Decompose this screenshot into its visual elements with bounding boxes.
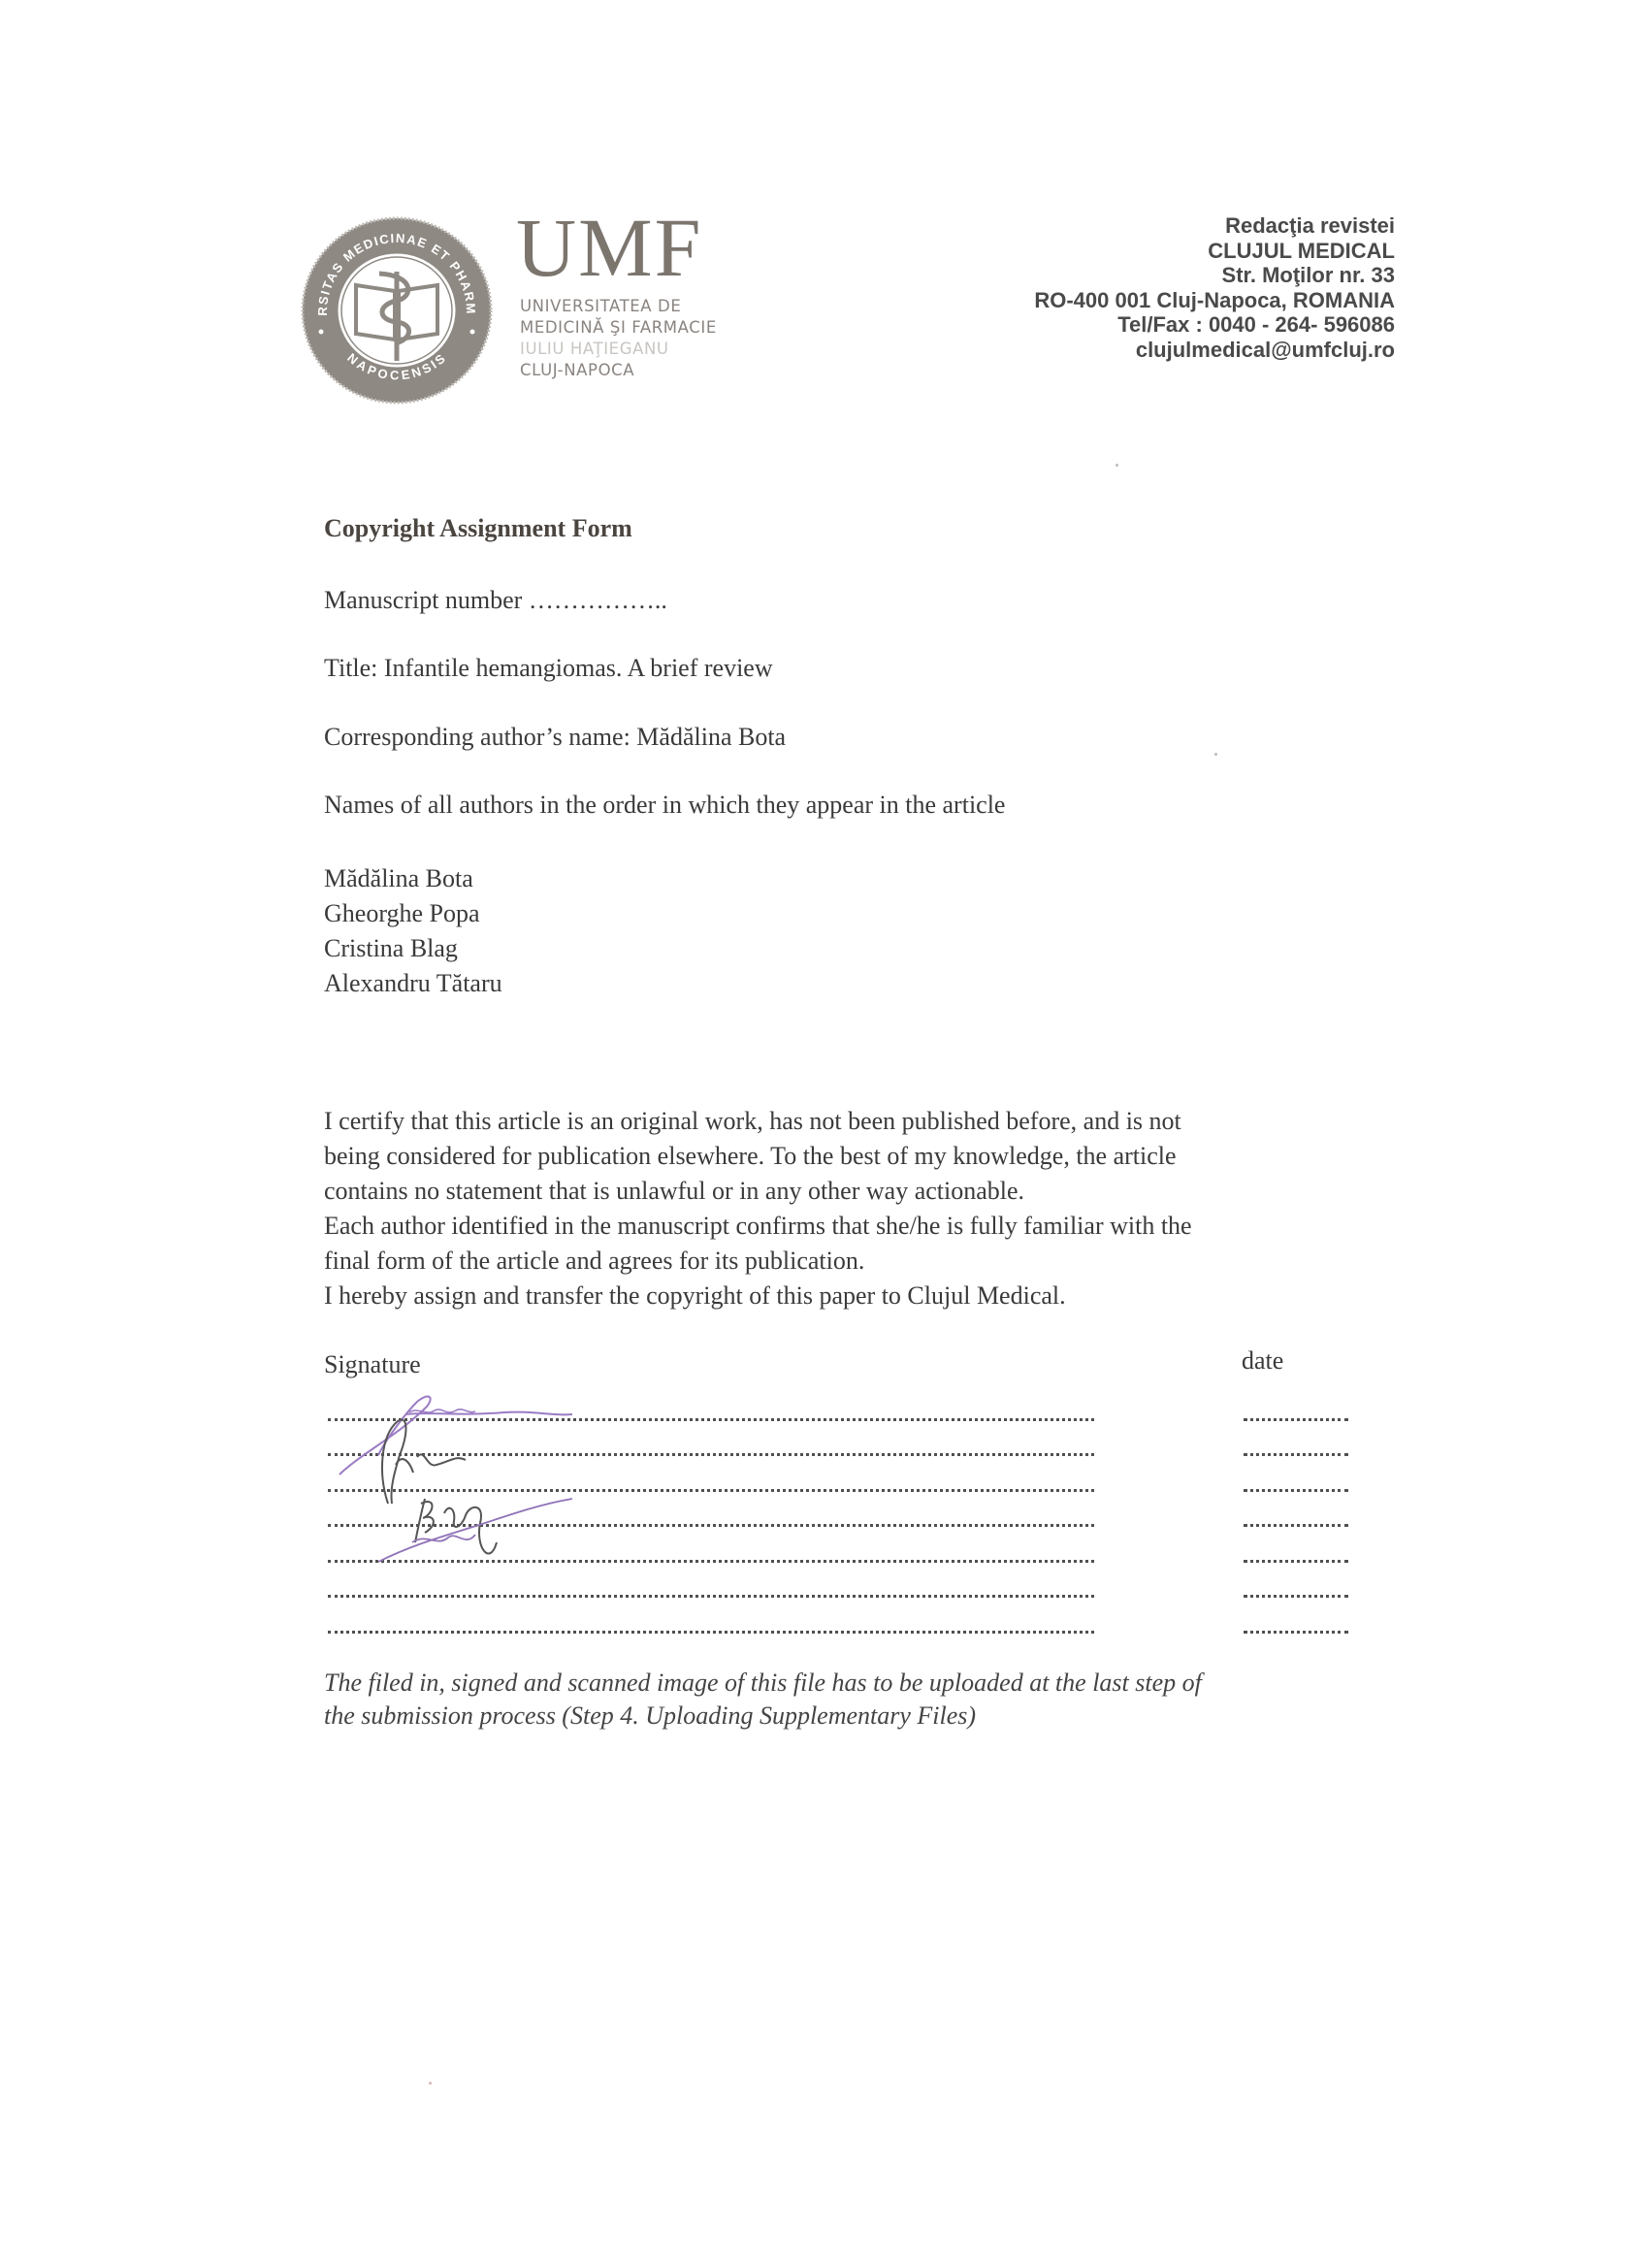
author-list: Mădălina Bota Gheorghe Popa Cristina Bla… [324,861,502,1001]
signature-line[interactable] [328,1492,1094,1528]
certification-statement: I certify that this article is an origin… [324,1104,1410,1313]
upload-instructions-note: The filed in, signed and scanned image o… [324,1667,1420,1733]
scan-speck [429,2082,432,2085]
certification-line: final form of the article and agrees for… [324,1244,1410,1279]
date-line[interactable] [1244,1492,1348,1528]
logo-university-name: UNIVERSITATEA DE MEDICINĂ ŞI FARMACIE IU… [520,296,717,381]
logo-line: IULIU HAŢIEGANU [520,339,717,360]
article-title-field: Title: Infantile hemangiomas. A brief re… [324,654,773,683]
author-name: Mădălina Bota [324,861,502,896]
date-lines [1244,1385,1348,1634]
author-name: Gheorghe Popa [324,896,502,931]
address-email: clujulmedical@umfcluj.ro [1034,338,1395,363]
certification-line: Each author identified in the manuscript… [324,1209,1410,1244]
logo-line: UNIVERSITATEA DE [520,296,717,317]
logo-line: MEDICINĂ ŞI FARMACIE [520,317,717,339]
manuscript-number-field[interactable]: Manuscript number …………….. [324,586,667,615]
date-line[interactable] [1244,1421,1348,1457]
certification-line: I certify that this article is an origin… [324,1104,1410,1139]
logo-wordmark: UMF [516,206,702,289]
date-label: date [1242,1346,1283,1376]
certification-line: being considered for publication elsewhe… [324,1139,1410,1174]
scan-speck [1214,753,1217,756]
editorial-address: Redacţia revistei CLUJUL MEDICAL Str. Mo… [1034,213,1395,362]
address-line: CLUJUL MEDICAL [1034,239,1395,264]
author-name: Alexandru Tătaru [324,966,502,1001]
address-line: Str. Moţilor nr. 33 [1034,263,1395,288]
note-line: the submission process (Step 4. Uploadin… [324,1700,1420,1733]
signature-label: Signature [324,1350,421,1379]
signature-line[interactable] [328,1385,1094,1421]
date-line[interactable] [1244,1527,1348,1563]
form-title: Copyright Assignment Form [324,514,632,543]
note-line: The filed in, signed and scanned image o… [324,1667,1420,1700]
scan-speck [1115,464,1118,467]
address-line: Tel/Fax : 0040 - 264- 596086 [1034,312,1395,338]
signature-lines [328,1385,1094,1634]
signature-line[interactable] [328,1456,1094,1492]
date-line[interactable] [1244,1563,1348,1599]
certification-line: I hereby assign and transfer the copyrig… [324,1279,1410,1313]
author-name: Cristina Blag [324,931,502,966]
signature-line[interactable] [328,1598,1094,1634]
address-line: RO-400 001 Cluj-Napoca, ROMANIA [1034,288,1395,313]
certification-line: contains no statement that is unlawful o… [324,1174,1410,1209]
date-line[interactable] [1244,1598,1348,1634]
signature-line[interactable] [328,1563,1094,1599]
authors-heading: Names of all authors in the order in whi… [324,791,1005,820]
date-line[interactable] [1244,1385,1348,1421]
logo-line: CLUJ-NAPOCA [520,360,717,381]
university-seal-icon: UNIVERSITAS MEDICINAE ET PHARMACIAE NAPO… [299,215,495,405]
date-line[interactable] [1244,1456,1348,1492]
corresponding-author-field: Corresponding author’s name: Mădălina Bo… [324,723,786,752]
signature-line[interactable] [328,1527,1094,1563]
address-line: Redacţia revistei [1034,213,1395,239]
signature-line[interactable] [328,1421,1094,1457]
